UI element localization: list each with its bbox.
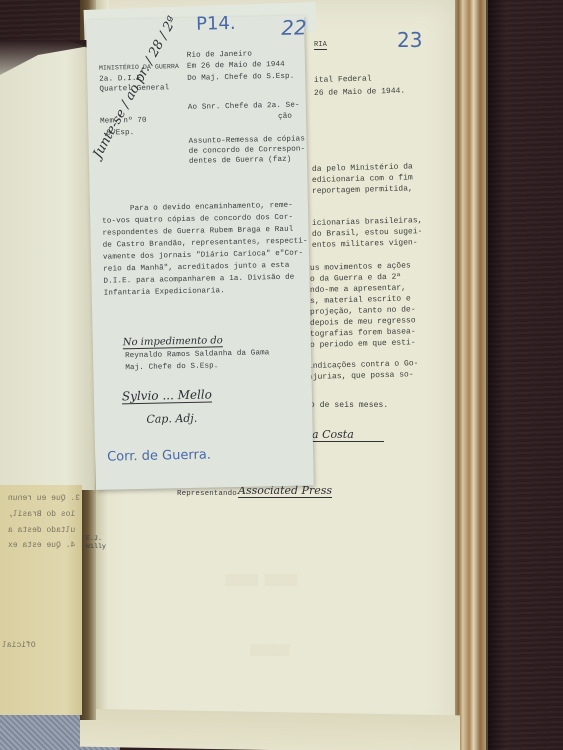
body-line: D.I.E. para acompanharem a 1a. Divisão d… bbox=[103, 274, 294, 286]
subject-line: Assunto-Remessa de cópias bbox=[188, 135, 305, 145]
folder-page-edges bbox=[452, 0, 488, 750]
slip-page-number: 22 bbox=[281, 15, 307, 40]
main-text-line: do de seis meses. bbox=[305, 401, 388, 410]
mirrored-footer: Oficial bbox=[2, 641, 36, 650]
main-signature: da Costa bbox=[305, 428, 384, 442]
signatory-name: Reynaldo Ramos Saldanha da Gama bbox=[125, 349, 270, 360]
folder-shadow bbox=[486, 0, 506, 750]
subject-line: dentes de Guerra (faz) bbox=[189, 156, 292, 166]
body-line: Para o devido encaminhamento, reme- bbox=[130, 202, 293, 213]
mirrored-text-line: 3. Que eu renun bbox=[8, 494, 80, 503]
main-page-number: 23 bbox=[397, 28, 422, 52]
slip-from: Do Maj. Chefe do S.Esp. bbox=[187, 73, 294, 83]
initials: Willy bbox=[86, 543, 106, 550]
memo-slip: P14. 22 MINISTÉRIO DA GUERRA 2a. D.I.E. … bbox=[86, 15, 314, 489]
slip-date: Em 26 de Maio de 1944 bbox=[187, 61, 285, 71]
signature: Sylvio ... Mello bbox=[122, 387, 212, 404]
handwritten-impediment: No impedimento do bbox=[123, 335, 223, 349]
main-place: ital Federal bbox=[314, 74, 372, 85]
mirrored-text-line: ultado desta a bbox=[8, 526, 75, 535]
bleed-through-text: ▒▒▒▒▒ ▒▒▒▒▒ bbox=[225, 575, 298, 587]
left-yellow-page bbox=[0, 485, 82, 715]
slip-place: Rio de Janeiro bbox=[187, 51, 252, 60]
body-line: de Castro Brandão, representantes, respe… bbox=[103, 237, 308, 249]
left-curled-page bbox=[0, 40, 95, 490]
body-line: respondentes de Guerra Rubem Braga e Rau… bbox=[102, 226, 293, 238]
mirrored-text-line: ios do Brasil, bbox=[8, 510, 75, 519]
body-line: vamente dos jornais "Diário Carioca" e"C… bbox=[103, 250, 303, 262]
body-line: reio da Manhã", acreditados junto a esta bbox=[103, 262, 289, 274]
signatory-title: Maj. Chefe do S.Esp. bbox=[125, 362, 218, 372]
mirrored-text-line: 4. Que esta ex bbox=[8, 541, 75, 550]
initials: E.J. bbox=[86, 535, 102, 542]
slip-to: Ao Snr. Chefe da 2a. Se- bbox=[188, 102, 300, 112]
main-header-fragment: RIA bbox=[314, 41, 327, 50]
body-line: to-vos quatro cópias de concordo dos Cor… bbox=[102, 214, 293, 226]
signature-title: Cap. Adj. bbox=[146, 412, 197, 426]
slip-page-code: P14. bbox=[196, 13, 236, 35]
subject-line: de concordo de Correspon- bbox=[189, 145, 306, 155]
footer-note: Corr. de Guerra. bbox=[107, 447, 211, 464]
bleed-through-text: ▒▒▒▒▒▒ bbox=[250, 645, 290, 657]
folder-bottom-edge bbox=[80, 709, 460, 750]
representing-label: Representando bbox=[177, 490, 237, 498]
body-line: Infantaria Expedicionaria. bbox=[104, 287, 225, 298]
slip-to-cont: ção bbox=[278, 113, 292, 121]
